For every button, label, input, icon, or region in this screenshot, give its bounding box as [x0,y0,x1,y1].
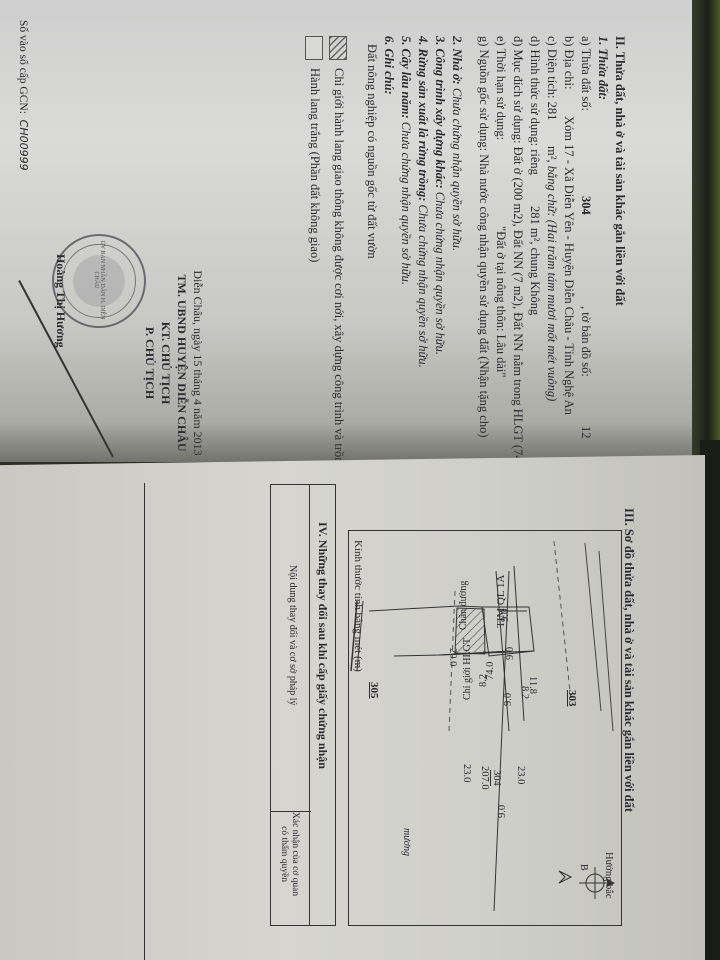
hatched-legend-swatch [329,36,347,60]
neighbor-parcel-305: 305 [368,682,380,699]
other-construction-row: 3. Công trình xây dựng khác: Chưa chứng … [431,36,448,533]
parcel-label: 304 207.0 [479,766,502,790]
issuing-org: TM. UBND HUYỆN DIỄN CHÂU [174,268,190,458]
dim-corridor-top: 9.0 [505,647,516,660]
road-edge-label: Chân đường [458,581,469,630]
legend-plain-row: Hành lang trắng (Phần đất không giao) [299,36,323,533]
registry-note: Số vào sổ cấp GCN: CH00999 [17,20,30,171]
section-III-title: III. Sơ đồ thửa đất, nhà ở và tài sản kh… [621,508,636,812]
scale-note: Kính thước tính bằng mét (m) [352,540,364,672]
dim-rear-width: 9.0 [497,805,508,818]
parcel-number-label: 304 [490,770,502,786]
dim-corridor-bottom: 9.0 [503,693,514,706]
signer-name: Hoàng Thị Hương [53,254,68,348]
legend-hatched-row: Chỉ giới hành lang giao thông không được… [323,36,347,533]
production-forest-row: 4. Rừng sản xuất là rừng trồng: Chưa chứ… [414,36,431,533]
signature-block: Diễn Châu, ngày 15 tháng 4 năm 2013 TM. … [142,268,206,458]
notes-label: 6. Ghi chú: [380,36,397,533]
dim-side-left: 23.0 [461,764,472,782]
changes-col-confirmation-header: Xác nhận của cơ quan có thẩm quyền [278,812,300,896]
neighbor-parcel-303: 303 [566,690,578,707]
canal-label: mương [401,828,412,856]
notes-value: Đất nông nghiệp có nguồn gốc từ đất vườn [363,36,380,533]
certificate-page-section-II: II. Thửa đất, nhà ở và tài sản khác gắn … [0,0,692,462]
changes-col-content-header: Nội dung thay đổi và cơ sở pháp lý [287,565,298,706]
corridor-label: Chỉ giới HLGT [462,638,473,700]
registry-number: CH00999 [17,120,30,171]
address-value: Xóm 17 - Xã Diễn Yên - Huyện Diễn Châu -… [562,116,576,415]
dim-hatched-left: 8.2 [478,674,489,687]
parcel-area-label: 207.0 [479,766,490,790]
section-IV-title: IV. Những thay đổi sau khi cấp giấy chứn… [315,522,330,769]
dim-road-to-corridor: 20.0 [447,648,458,666]
parcel-number: 304 [577,196,594,306]
area-in-words: bằng chữ: (Hai trăm tám mươi mốt mét vuô… [545,166,559,402]
perennial-trees-row: 5. Cây lâu năm: Chưa chứng nhận quyền sở… [397,36,414,533]
signer-role-1: KT. CHỦ TỊCH [158,268,174,458]
plain-legend-swatch [305,36,323,60]
north-symbol: B [578,864,589,871]
issue-date: Diễn Châu, ngày 15 tháng 4 năm 2013 [190,268,206,458]
signer-role-2: P. CHỦ TỊCH [142,268,158,458]
map-sheet-number: 12 [577,426,594,439]
dim-side-right: 23.0 [515,766,526,784]
dim-road-frontage: 9.0 [500,609,511,622]
north-label: Hướng bắc [603,852,614,899]
dim-hatched-right: 8.2 [519,686,530,699]
